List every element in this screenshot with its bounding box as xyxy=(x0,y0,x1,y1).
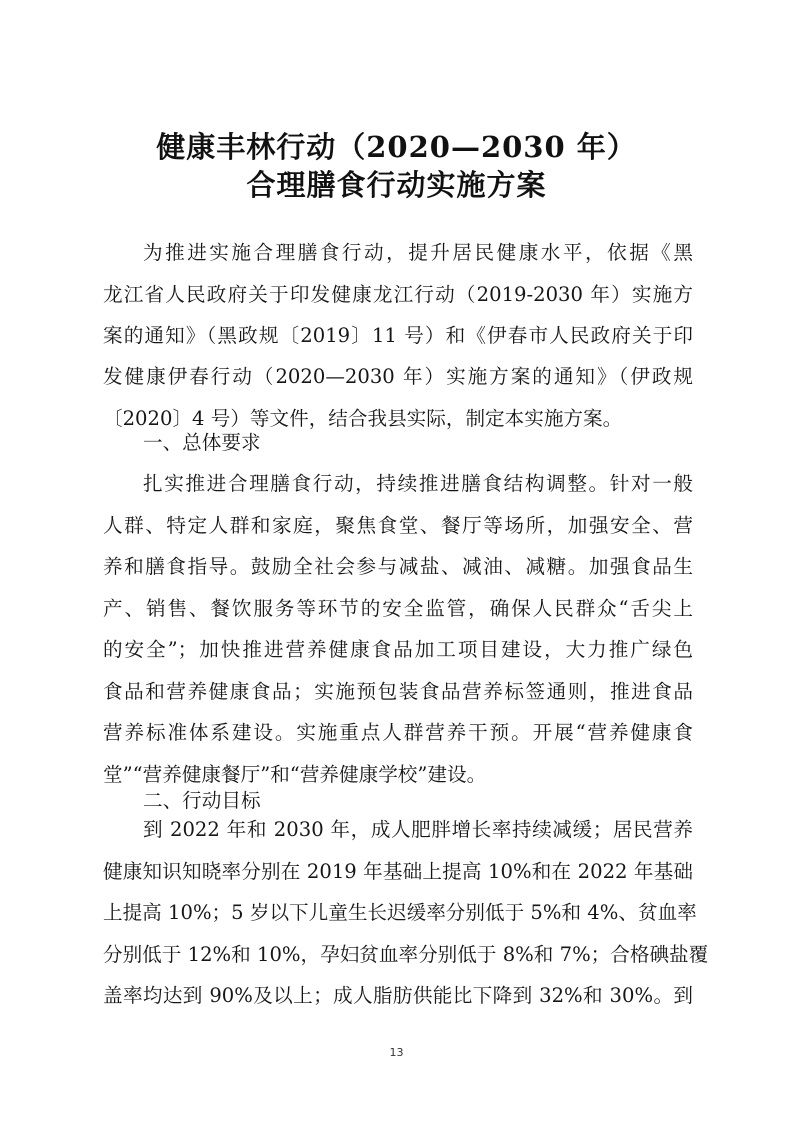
intro-paragraph-line: 发健康伊春行动（2020—2030 年）实施方案的通知》（伊政规 xyxy=(103,362,693,392)
section-paragraph-line: 分别低于 12%和 10%，孕妇贫血率分别低于 8%和 7%；合格碘盐覆 xyxy=(103,940,693,970)
section-heading: 一、总体要求 xyxy=(143,428,261,458)
section-paragraph-line: 的安全”；加快推进营养健康食品加工项目建设，大力推广绿色 xyxy=(103,635,693,665)
section-heading: 二、行动目标 xyxy=(143,786,261,816)
intro-paragraph-line: 为推进实施合理膳食行动，提升居民健康水平，依据《黑 xyxy=(143,238,693,268)
section-paragraph-line: 食品和营养健康食品；实施预包装食品营养标签通则，推进食品 xyxy=(103,677,693,707)
section-paragraph-line: 到 2022 年和 2030 年，成人肥胖增长率持续减缓；居民营养 xyxy=(143,815,693,845)
section-paragraph-line: 产、销售、餐饮服务等环节的安全监管，确保人民群众“舌尖上 xyxy=(103,594,693,624)
document-page: 健康丰林行动（2020—2030 年） 合理膳食行动实施方案 为推进实施合理膳食… xyxy=(0,0,793,1122)
section-paragraph-line: 盖率均达到 90%及以上；成人脂肪供能比下降到 32%和 30%。到 xyxy=(103,981,693,1011)
document-title-line-1: 健康丰林行动（2020—2030 年） xyxy=(0,128,793,166)
section-paragraph-line: 人群、特定人群和家庭，聚焦食堂、餐厅等场所，加强安全、营 xyxy=(103,511,693,541)
document-title-line-2: 合理膳食行动实施方案 xyxy=(0,166,793,204)
intro-paragraph-line: 案的通知》（黑政规〔2019〕11 号）和《伊春市人民政府关于印 xyxy=(103,321,693,351)
page-number: 13 xyxy=(0,1046,793,1059)
section-paragraph-line: 营养标准体系建设。实施重点人群营养干预。开展“营养健康食 xyxy=(103,718,693,748)
section-paragraph-line: 健康知识知晓率分别在 2019 年基础上提高 10%和在 2022 年基础 xyxy=(103,857,693,887)
intro-paragraph-line: 龙江省人民政府关于印发健康龙江行动（2019-2030 年）实施方 xyxy=(103,280,693,310)
section-paragraph-line: 上提高 10%；5 岁以下儿童生长迟缓率分别低于 5%和 4%、贫血率 xyxy=(103,898,693,928)
section-paragraph-line: 养和膳食指导。鼓励全社会参与减盐、减油、减糖。加强食品生 xyxy=(103,552,693,582)
section-paragraph-line: 扎实推进合理膳食行动，持续推进膳食结构调整。针对一般 xyxy=(143,469,693,499)
